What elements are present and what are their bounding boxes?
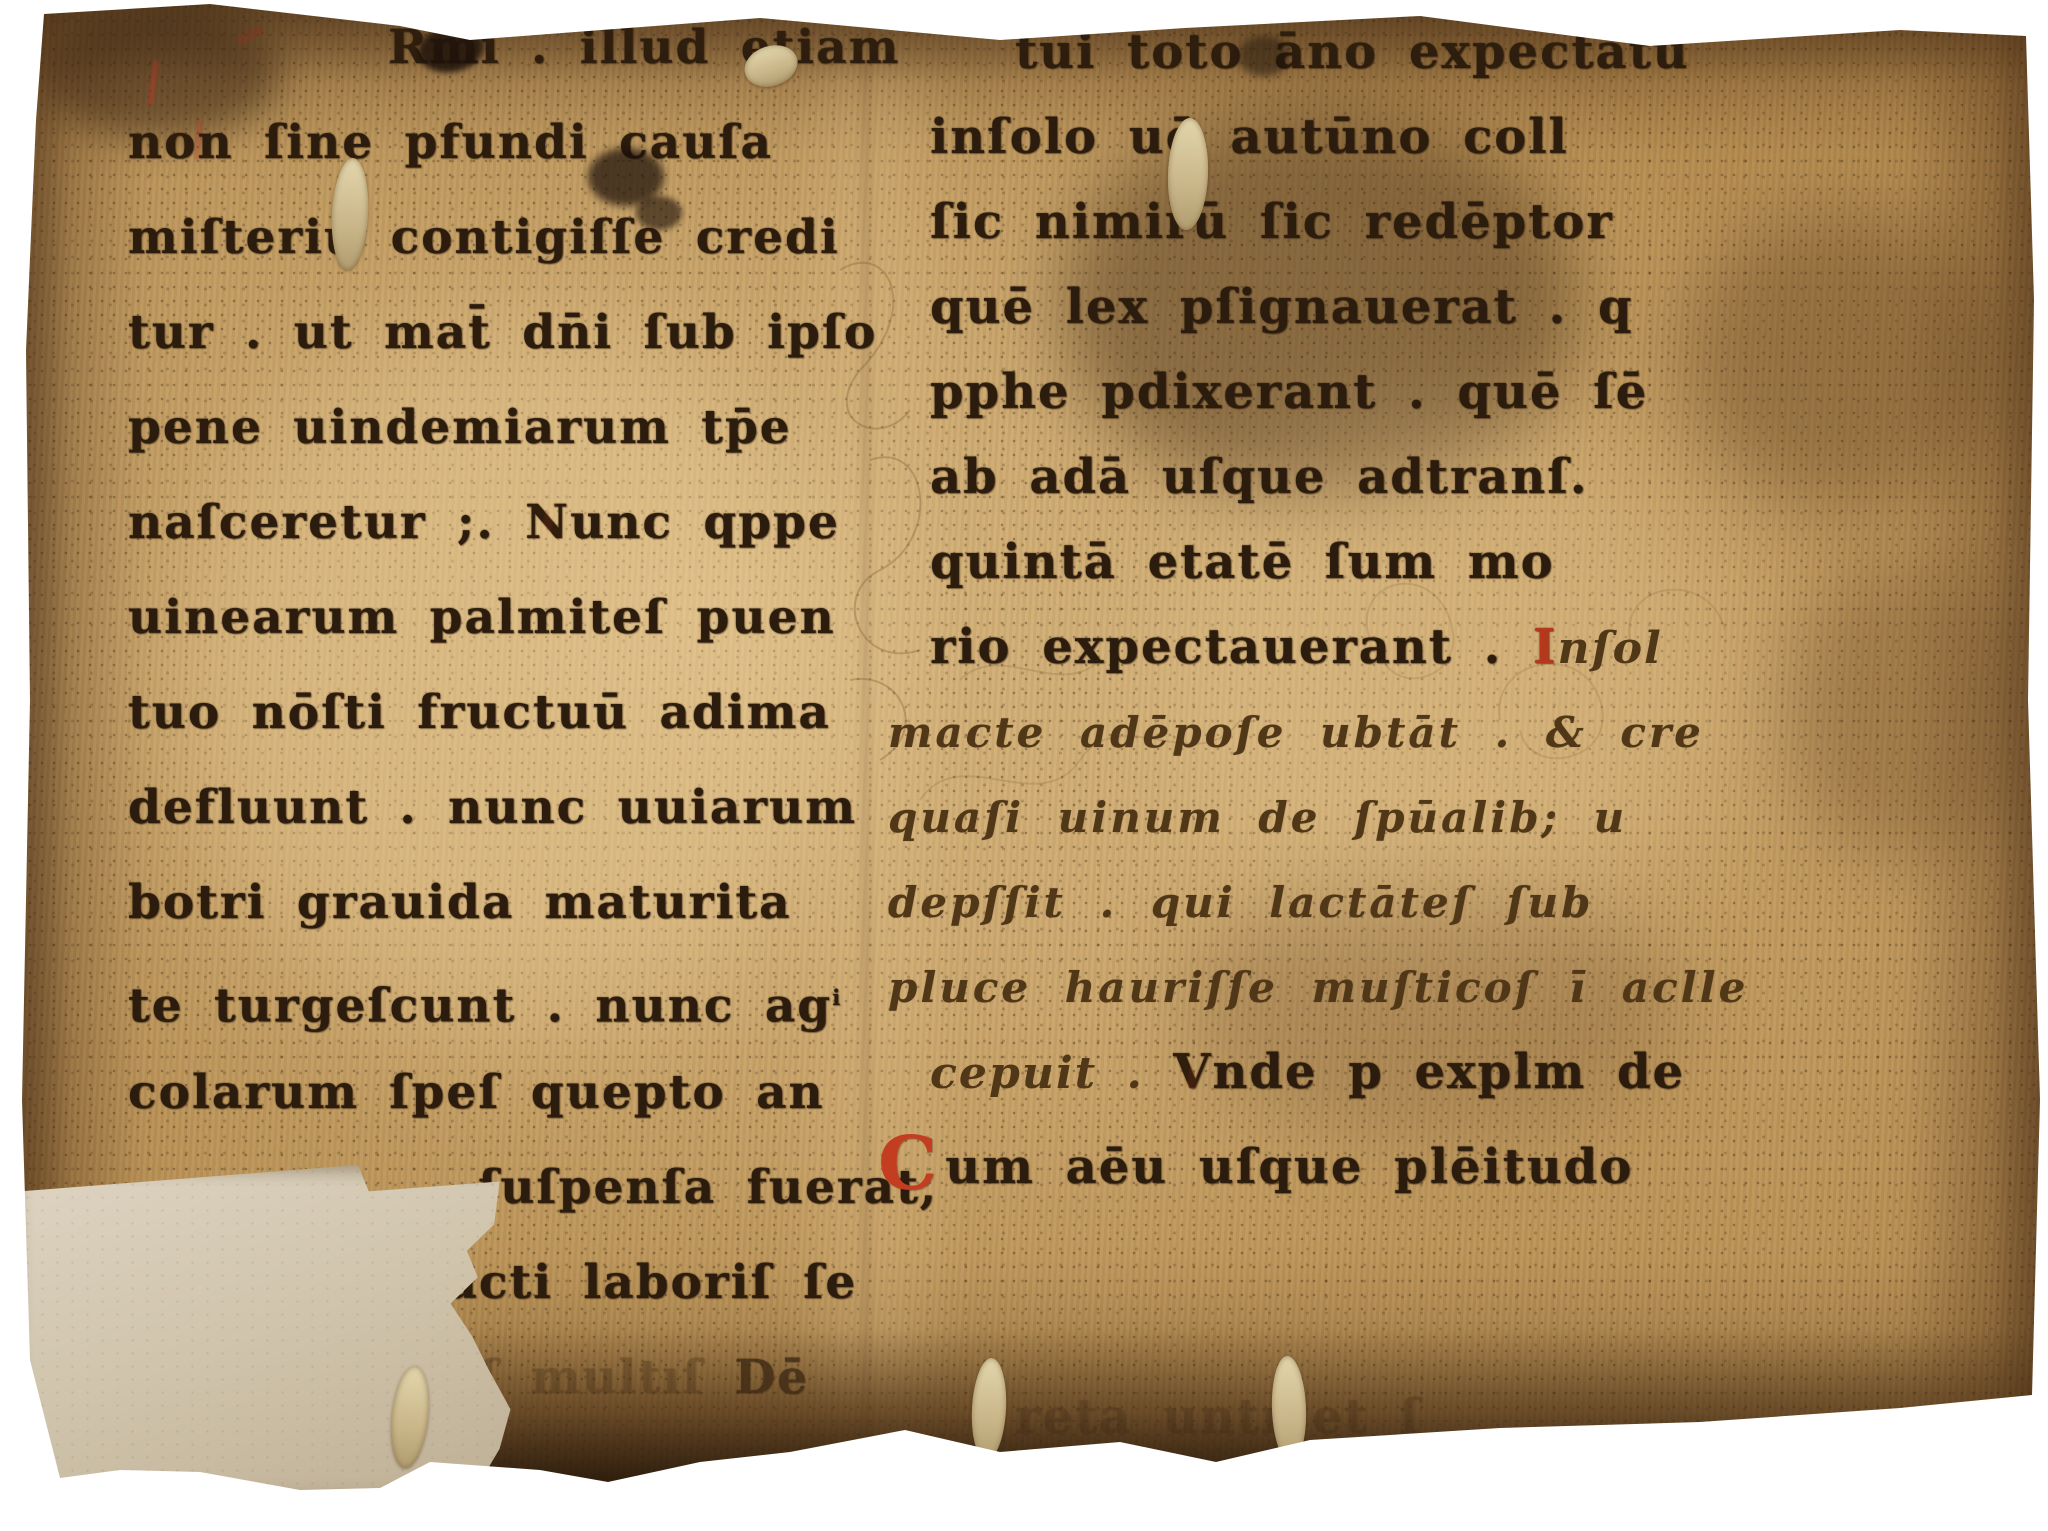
text-segment: depſſit . qui lactāteſ ſub [888,878,1593,927]
text-segment: ab adā uſque adtranſ. [930,449,1589,505]
text-line: quē lex pſignauerat . q [930,265,2045,350]
text-line: Cum aēu uſque plēitudo [930,1115,2045,1200]
text-line: rio expectauerant . Inſol [930,605,2045,690]
text-line: naſceretur ;. Nunc qppe [128,475,873,570]
text-segment: defluunt . nunc uuiarum [128,780,857,835]
text-line: te turgeſcunt . nunc agi [128,950,873,1045]
text-segment: unc qppe [570,495,840,550]
text-segment: colarum ſpeſ quepto an [128,1065,825,1120]
text-line: defluunt . nunc uuiarum [128,760,873,855]
text-line: reta untı et ſ [930,1375,2045,1460]
text-segment: botri grauida maturita [128,875,792,930]
rubric-initial: I [1533,619,1557,675]
text-segment: inſolo uō autūno coll [930,109,1569,165]
text-segment: quaſi uinum de ſpūalib; u [888,793,1627,842]
text-line: ab adā uſque adtranſ. [930,435,2045,520]
text-segment: quē lex pſignauerat . q [930,279,1634,335]
text-line: non ſine pfundi cauſa [128,95,873,190]
text-segment: pluce hauriſſe muſticoſ ī aclle [888,963,1748,1012]
text-line: tur . ut mat̄ dn̄i ſub ipſo [128,285,873,380]
text-segment: tui toto āno expectatū [1015,24,1690,80]
text-segment: uinearum palmiteſ puen [128,590,836,645]
text-line: pluce hauriſſe muſticoſ ī aclle [888,945,2045,1030]
text-segment: cepuit . [930,1048,1173,1099]
text-line: depſſit . qui lactāteſ ſub [888,860,2045,945]
text-segment: te turgeſcunt . nunc ag [128,979,832,1034]
text-line: quintā etatē ſum mo [930,520,2045,605]
text-line: inſolo uō autūno coll [930,95,2045,180]
text-line: uinearum palmiteſ puen [128,570,873,665]
text-segment: reta untı et ſ [1015,1389,1422,1445]
text-line: botri grauida maturita [128,855,873,950]
text-line: quaſi uinum de ſpūalib; u [888,775,2045,860]
text-segment: macte adēpoſe ubtāt . & cre [888,708,1704,757]
text-line: cepuit . Vnde p explm de [930,1030,2045,1115]
text-segment: ſic nimirū ſic redēptor [930,194,1614,250]
text-line: tuo nōſti fructuū adima [128,665,873,760]
text-segment: pphe pdixerant . quē ſē [930,364,1648,420]
parchment-leaf: Rm̄i . illud etiamnon ſine pfundi cauſam… [0,0,2048,1531]
rubric-initial: C [878,1121,939,1206]
text-segment: ſ multıſ [478,1350,734,1405]
rubric-initial: V [1173,1044,1212,1100]
manuscript-photo: Rm̄i . illud etiamnon ſine pfundi cauſam… [0,0,2048,1531]
text-segment: nde p explm de [1213,1044,1686,1100]
text-line: pphe pdixerant . quē ſē [930,350,2045,435]
text-segment: tur . ut mat̄ dn̄i ſub ipſo [128,305,877,360]
text-segment: rio expectauerant . [930,619,1533,675]
text-line: macte adēpoſe ubtāt . & cre [888,690,2045,775]
text-segment: naſceretur ;. [128,495,525,550]
text-segment: um aēu uſque plēitudo [945,1139,1633,1195]
text-line: pene uindemiarum tp̄e [128,380,873,475]
text-line: tui toto āno expectatū [930,10,2045,95]
rubric-initial: N [525,495,570,550]
text-segment: ſuſpenſa fuerat, [478,1160,938,1215]
text-line: ſic nimirū ſic redēptor [930,180,2045,265]
text-segment: i [832,985,842,1010]
text-line: miſteriū contigiſſe credi [128,190,873,285]
text-line: colarum ſpeſ quepto an [128,1045,873,1140]
text-column-right: tui toto āno expectatūinſolo uō autūno c… [930,10,2045,1460]
text-segment: Rm̄i . illud etiam [388,20,900,75]
text-segment: quintā etatē ſum mo [930,534,1555,590]
text-segment: nſol [1558,623,1663,674]
text-segment: non ſine pfundi cauſa [128,115,773,170]
text-segment: Dē [734,1350,809,1405]
text-segment: tuo nōſti fructuū adima [128,685,831,740]
text-segment: pene uindemiarum tp̄e [128,400,792,455]
text-segment: miſteriū contigiſſe credi [128,210,840,265]
